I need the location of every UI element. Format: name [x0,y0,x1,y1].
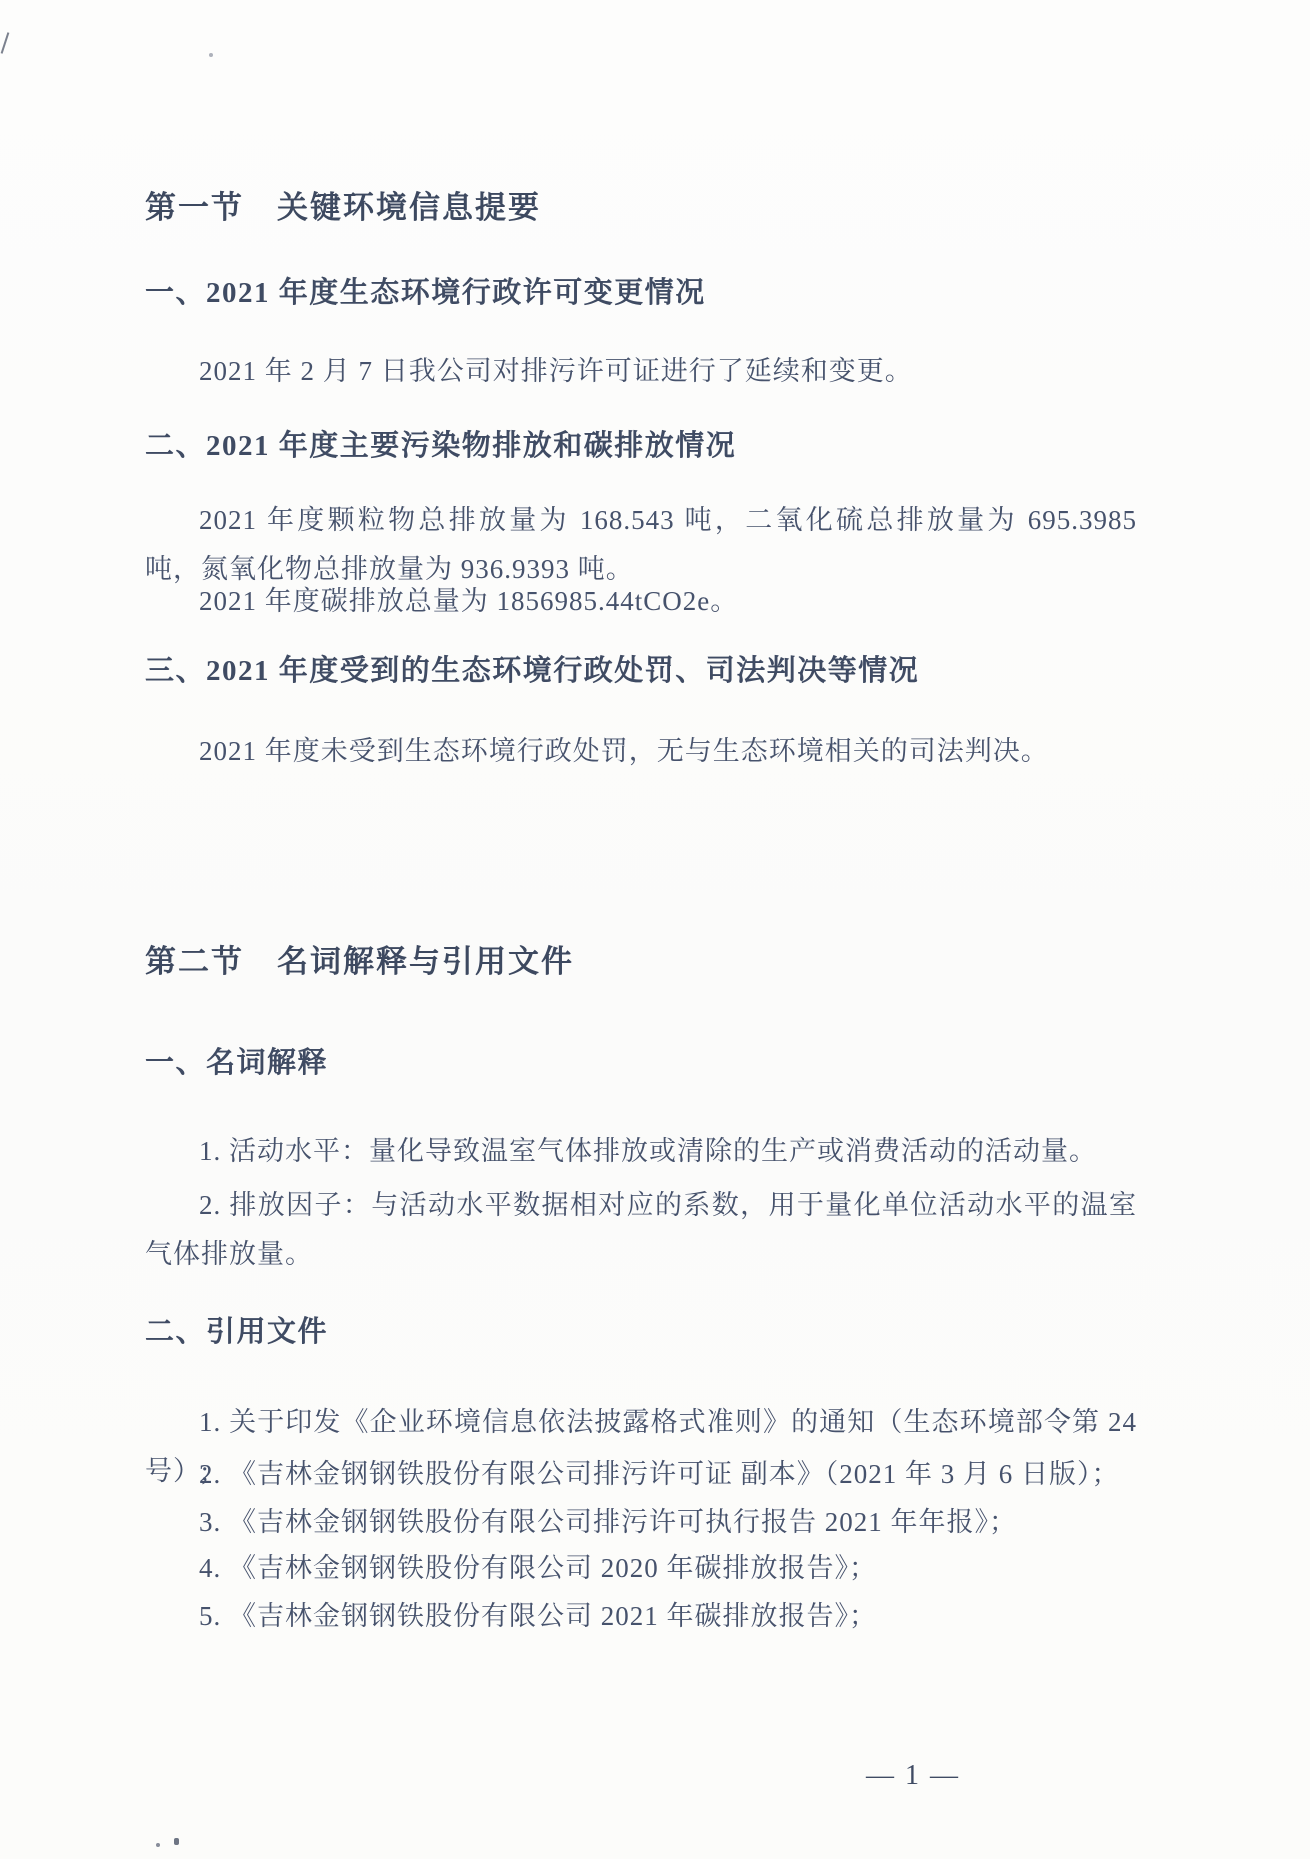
definitions-heading: 一、名词解释 [145,1040,1137,1081]
document-content: 第一节 关键环境信息提要 一、2021 年度生态环境行政许可变更情况 2021 … [145,0,1137,1859]
page-number: — 1 — [866,1760,960,1792]
section-2-title: 第二节 名词解释与引用文件 [145,936,1137,981]
section-1-title: 第一节 关键环境信息提要 [145,182,1137,227]
subsection-1-2-paragraph-carbon: 2021 年度碳排放总量为 1856985.44tCO2e。 [145,577,1137,626]
reference-list-item: 3. 《吉林金钢钢铁股份有限公司排污许可执行报告 2021 年年报》； [145,1498,1137,1547]
references-heading: 二、引用文件 [145,1309,1137,1350]
reference-list-item: 5. 《吉林金钢钢铁股份有限公司 2021 年碳排放报告》； [145,1592,1137,1641]
scanned-document-page: 第一节 关键环境信息提要 一、2021 年度生态环境行政许可变更情况 2021 … [0,0,1310,1859]
definition-item: 1. 活动水平：量化导致温室气体排放或清除的生产或消费活动的活动量。 [145,1127,1137,1176]
reference-list-item: 4. 《吉林金钢钢铁股份有限公司 2020 年碳排放报告》； [145,1544,1137,1593]
subsection-1-1-heading: 一、2021 年度生态环境行政许可变更情况 [145,270,1137,311]
subsection-1-3-heading: 三、2021 年度受到的生态环境行政处罚、司法判决等情况 [145,648,1137,689]
reference-list-item: 2. 《吉林金钢钢铁股份有限公司排污许可证 副本》（2021 年 3 月 6 日… [145,1450,1137,1499]
subsection-1-1-paragraph: 2021 年 2 月 7 日我公司对排污许可证进行了延续和变更。 [145,347,1137,396]
subsection-1-3-paragraph: 2021 年度未受到生态环境行政处罚，无与生态环境相关的司法判决。 [145,727,1137,776]
scan-artifact-top-left [1,32,10,54]
definition-item: 2. 排放因子：与活动水平数据相对应的系数，用于量化单位活动水平的温室气体排放量… [145,1181,1137,1279]
subsection-1-2-heading: 二、2021 年度主要污染物排放和碳排放情况 [145,423,1137,464]
